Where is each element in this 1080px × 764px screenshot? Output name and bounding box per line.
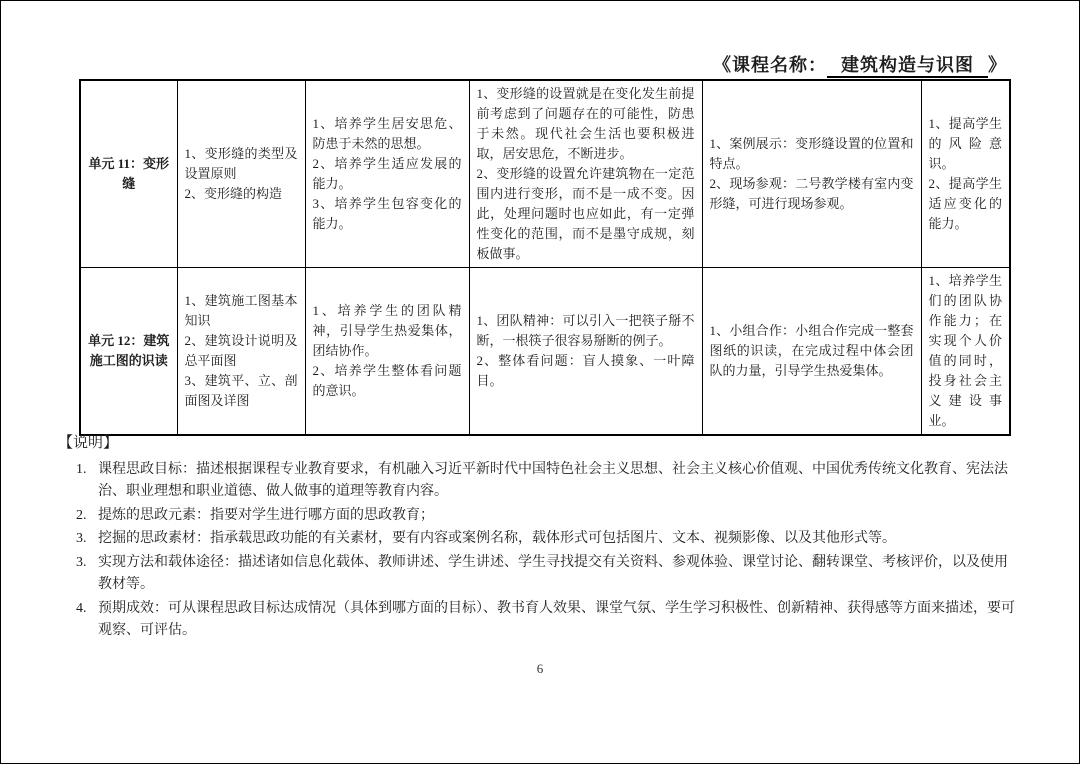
note-text: 课程思政目标：描述根据课程专业教育要求，有机融入习近平新时代中国特色社会主义思想… [98, 459, 1020, 504]
method-carrier-cell: 1、案例展示：变形缝设置的位置和特点。 2、现场参观：二号教学楼有室内变形缝，可… [702, 80, 921, 268]
note-text: 预期成效：可从课程思政目标达成情况（具体到哪方面的目标）、教书育人效果、课堂气氛… [98, 598, 1020, 643]
note-item: 4. 预期成效：可从课程思政目标达成情况（具体到哪方面的目标）、教书育人效果、课… [58, 598, 1020, 643]
cell-text: 2、建筑设计说明及总平面图 [185, 331, 298, 371]
cell-text: 1、培养学生们的团队协作能力；在实现个人价值的同时，投身社会主义建设事业。 [929, 271, 1003, 431]
cell-text: 2、提高学生适应变化的能力。 [929, 174, 1003, 234]
cell-text: 2、培养学生适应发展的能力。 [313, 154, 462, 194]
note-text: 提炼的思政元素：指要对学生进行哪方面的思政教育； [98, 505, 1020, 528]
notes-title: 【说明】 [58, 432, 1020, 455]
expected-outcome-cell: 1、培养学生们的团队协作能力；在实现个人价值的同时，投身社会主义建设事业。 [921, 268, 1010, 436]
cell-text: 2、整体看问题：盲人摸象、一叶障目。 [477, 351, 695, 391]
cell-text: 1、提高学生的风险意识。 [929, 114, 1003, 174]
cell-text: 1、小组合作：小组合作完成一整套图纸的识读，在完成过程中体会团队的力量，引导学生… [710, 321, 914, 381]
cell-text: 2、培养学生整体看问题的意识。 [313, 361, 462, 401]
document-page: 《课程名称：建筑构造与识图》 单元 11：变形缝 1、变形缝的类型及设置原则 2… [0, 0, 1080, 764]
cell-text: 3、建筑平、立、剖面图及详图 [185, 371, 298, 411]
ideology-element-cell: 1、团队精神：可以引入一把筷子掰不断，一根筷子很容易掰断的例子。 2、整体看问题… [469, 268, 702, 436]
unit-row-11: 单元 11：变形缝 1、变形缝的类型及设置原则 2、变形缝的构造 1、培养学生居… [80, 80, 1010, 268]
curriculum-table: 单元 11：变形缝 1、变形缝的类型及设置原则 2、变形缝的构造 1、培养学生居… [79, 79, 1011, 436]
note-item: 1. 课程思政目标：描述根据课程专业教育要求，有机融入习近平新时代中国特色社会主… [58, 459, 1020, 504]
unit-content-cell: 1、建筑施工图基本知识 2、建筑设计说明及总平面图 3、建筑平、立、剖面图及详图 [177, 268, 305, 436]
unit-content-cell: 1、变形缝的类型及设置原则 2、变形缝的构造 [177, 80, 305, 268]
cell-text: 1、团队精神：可以引入一把筷子掰不断，一根筷子很容易掰断的例子。 [477, 311, 695, 351]
ideology-goal-cell: 1、培养学生居安思危、防患于未然的思想。 2、培养学生适应发展的能力。 3、培养… [305, 80, 469, 268]
page-number: 6 [1, 661, 1079, 677]
cell-text: 2、现场参观：二号教学楼有室内变形缝，可进行现场参观。 [710, 174, 914, 214]
course-name-underlined: 建筑构造与识图 [827, 55, 988, 78]
ideology-element-cell: 1、变形缝的设置就是在变化发生前提前考虑到了问题存在的可能性，防患于未然。现代社… [469, 80, 702, 268]
notes-section: 【说明】 1. 课程思政目标：描述根据课程专业教育要求，有机融入习近平新时代中国… [58, 432, 1020, 644]
note-item: 2. 提炼的思政元素：指要对学生进行哪方面的思政教育； [58, 505, 1020, 528]
method-carrier-cell: 1、小组合作：小组合作完成一整套图纸的识读，在完成过程中体会团队的力量，引导学生… [702, 268, 921, 436]
note-number: 1. [76, 459, 98, 504]
note-item: 3. 实现方法和载体途径：描述诸如信息化载体、教师讲述、学生讲述、学生寻找提交有… [58, 552, 1020, 597]
cell-text: 1、变形缝的类型及设置原则 [185, 144, 298, 184]
unit-name-cell: 单元 11：变形缝 [80, 80, 177, 268]
note-number: 4. [76, 598, 98, 643]
course-header-suffix: 》 [988, 55, 1007, 75]
unit-row-12: 单元 12：建筑施工图的识读 1、建筑施工图基本知识 2、建筑设计说明及总平面图… [80, 268, 1010, 436]
cell-text: 2、变形缝的构造 [185, 184, 298, 204]
ideology-goal-cell: 1、培养学生的团队精神，引导学生热爱集体，团结协作。 2、培养学生整体看问题的意… [305, 268, 469, 436]
cell-text: 1、培养学生的团队精神，引导学生热爱集体，团结协作。 [313, 301, 462, 361]
cell-text: 1、变形缝的设置就是在变化发生前提前考虑到了问题存在的可能性，防患于未然。现代社… [477, 84, 695, 164]
cell-text: 1、培养学生居安思危、防患于未然的思想。 [313, 114, 462, 154]
unit-name-cell: 单元 12：建筑施工图的识读 [80, 268, 177, 436]
cell-text: 1、案例展示：变形缝设置的位置和特点。 [710, 134, 914, 174]
course-header-prefix: 《课程名称： [713, 55, 827, 75]
note-text: 挖掘的思政素材：指承载思政功能的有关素材，要有内容或案例名称，载体形式可包括图片… [98, 528, 1020, 551]
course-header: 《课程名称：建筑构造与识图》 [713, 51, 1007, 77]
note-number: 3. [76, 552, 98, 597]
note-number: 3. [76, 528, 98, 551]
note-item: 3. 挖掘的思政素材：指承载思政功能的有关素材，要有内容或案例名称，载体形式可包… [58, 528, 1020, 551]
cell-text: 2、变形缝的设置允许建筑物在一定范围内进行变形，而不是一成不变。因此，处理问题时… [477, 164, 695, 264]
note-text: 实现方法和载体途径：描述诸如信息化载体、教师讲述、学生讲述、学生寻找提交有关资料… [98, 552, 1020, 597]
cell-text: 1、建筑施工图基本知识 [185, 291, 298, 331]
cell-text: 3、培养学生包容变化的能力。 [313, 194, 462, 234]
expected-outcome-cell: 1、提高学生的风险意识。 2、提高学生适应变化的能力。 [921, 80, 1010, 268]
note-number: 2. [76, 505, 98, 528]
